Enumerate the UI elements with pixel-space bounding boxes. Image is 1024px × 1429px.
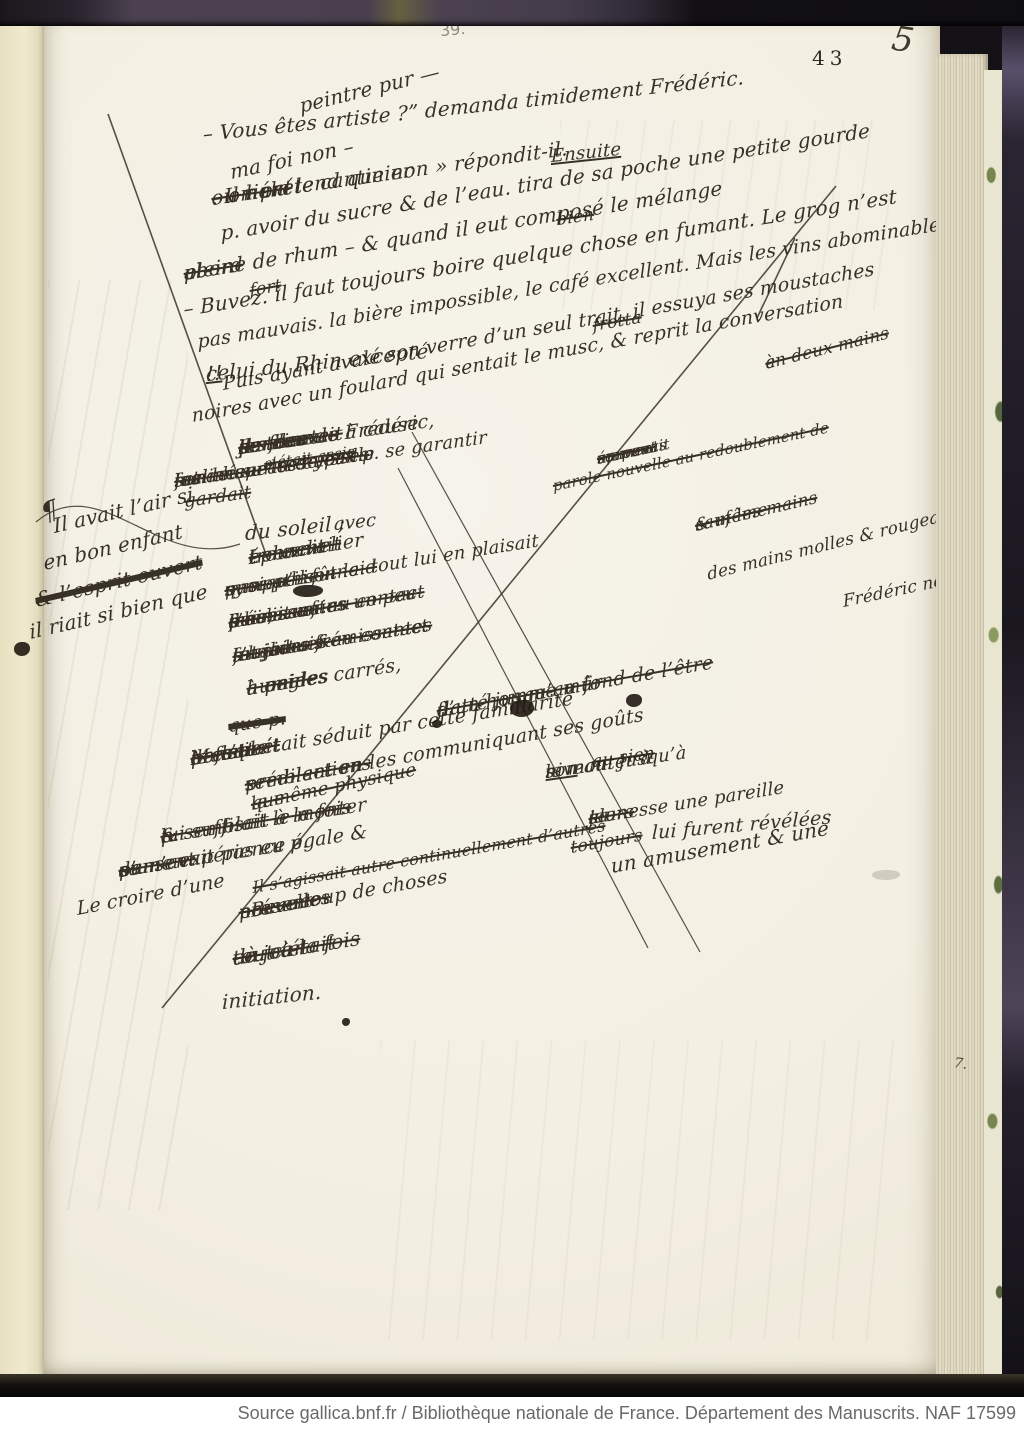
fore-edge-pages: 7. — [936, 54, 988, 1384]
source-caption: Source gallica.bnf.fr / Bibliothèque nat… — [238, 1403, 1016, 1424]
printed-folio: 43 — [812, 46, 847, 70]
binding-bottom-edge — [0, 1374, 1024, 1397]
binding-right-edge — [1002, 0, 1024, 1397]
gallica-caption-bar: Source gallica.bnf.fr / Bibliothèque nat… — [0, 1397, 1024, 1429]
binding-top-edge — [0, 0, 1024, 26]
facing-page-edge — [0, 20, 44, 1382]
fore-edge-mark: 7. — [953, 1055, 968, 1073]
manuscript-page — [42, 20, 940, 1378]
book-scan: 39. 43 5 peintre pur —– Vous êtes artist… — [0, 0, 1024, 1429]
